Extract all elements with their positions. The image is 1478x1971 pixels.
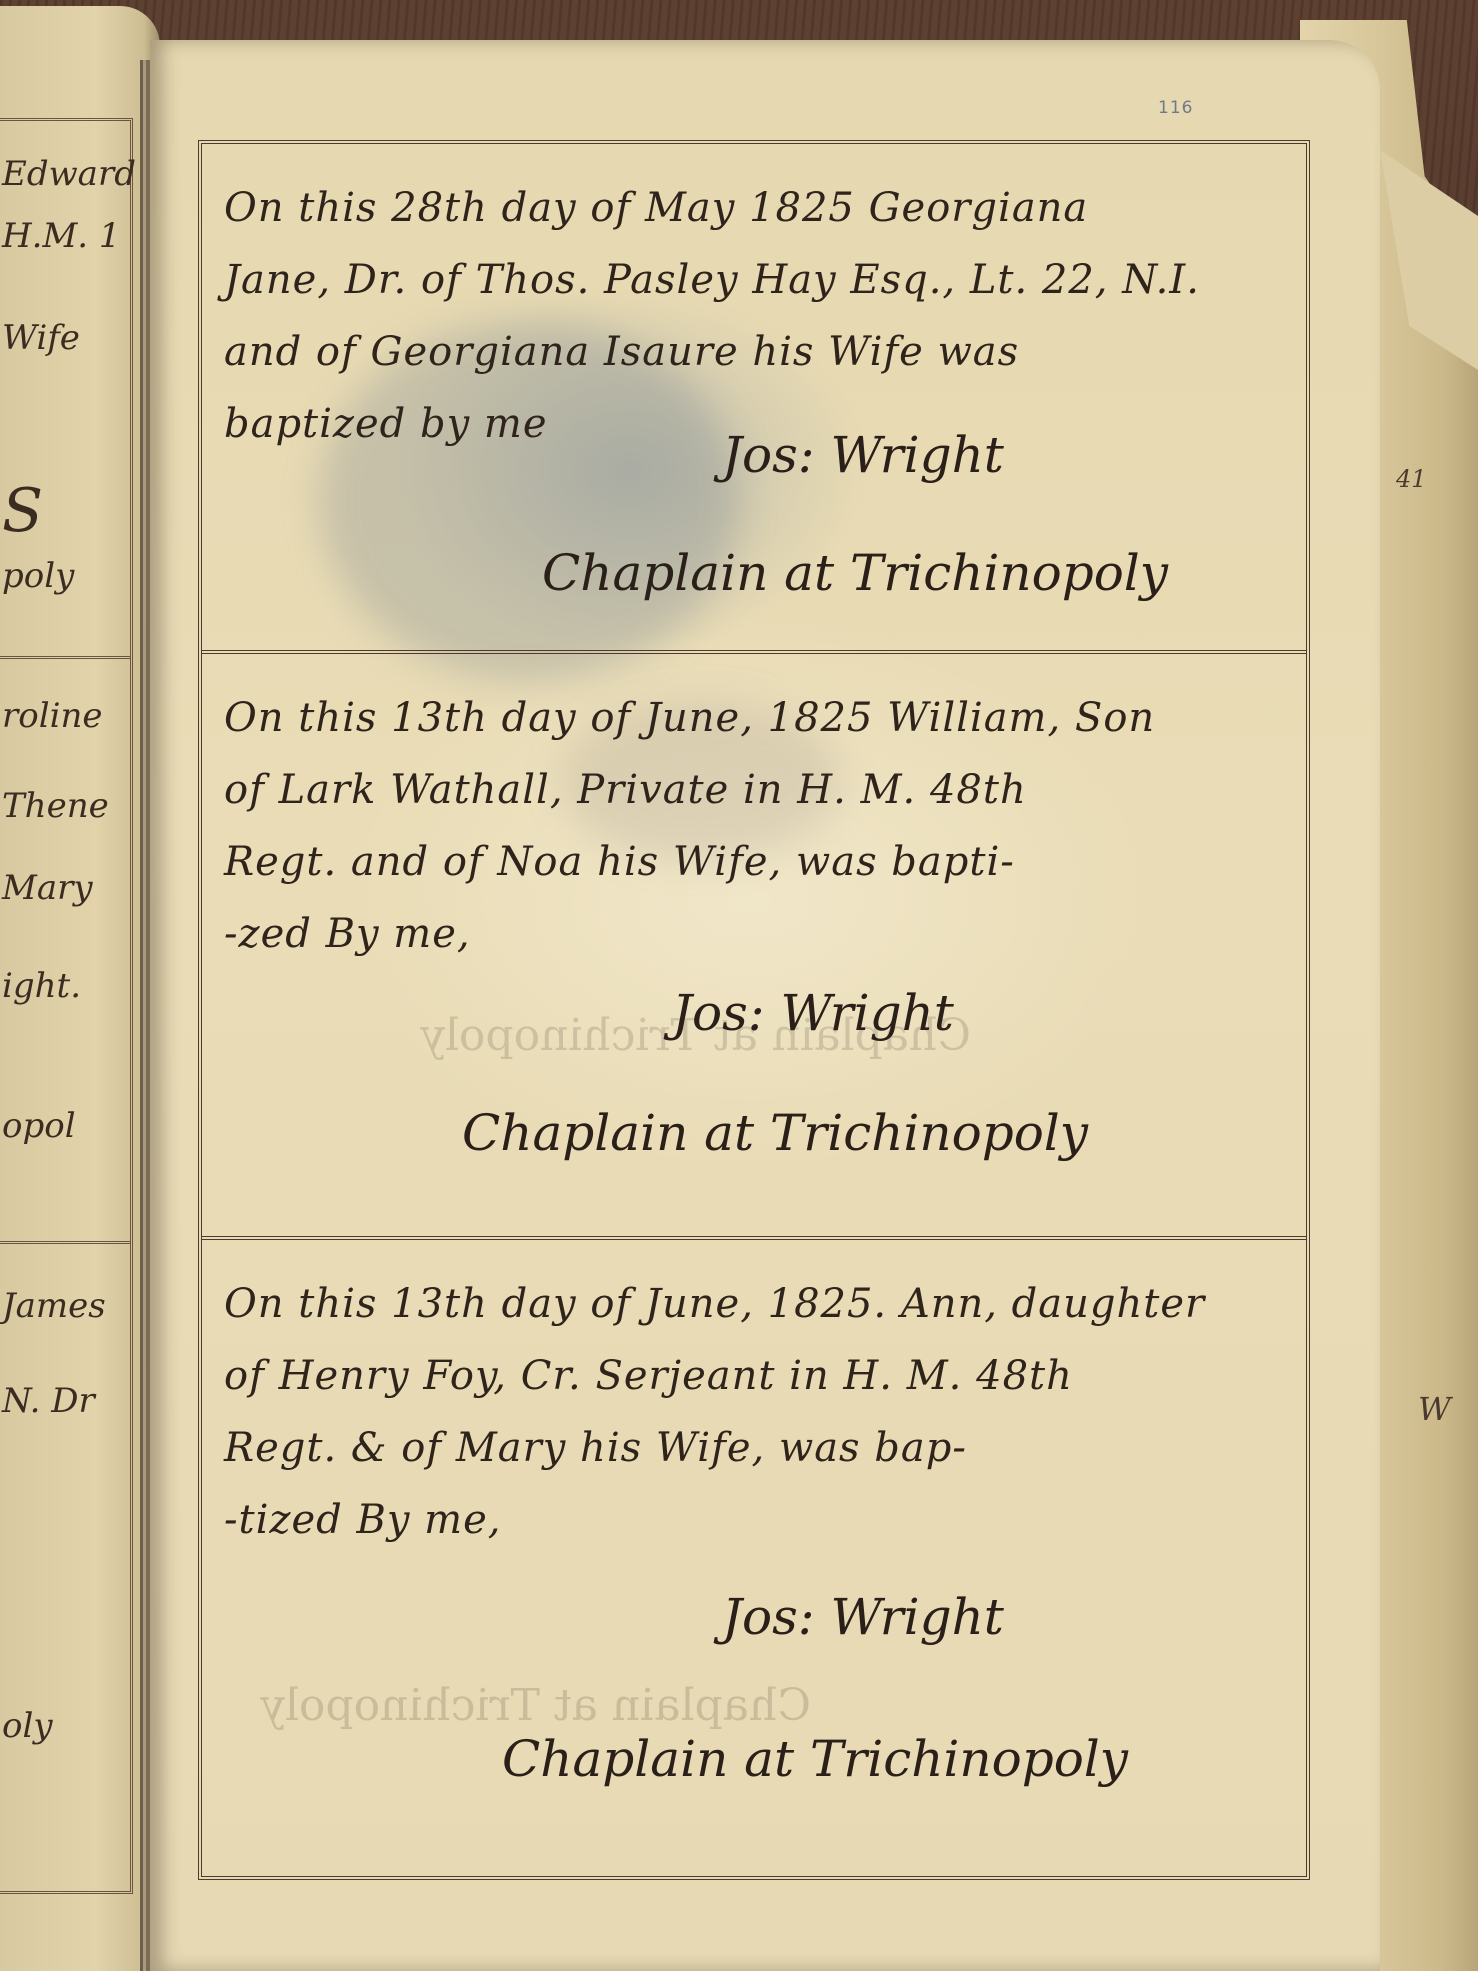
chaplain-title: Chaplain at Trichinopoly [542, 544, 1168, 602]
entry-line: -tized By me, [224, 1484, 1276, 1556]
baptism-entry-1: On this 28th day of May 1825 Georgiana J… [202, 144, 1306, 650]
chaplain-title: Chaplain at Trichinopoly [502, 1730, 1128, 1788]
left-page-fragment: Mary [2, 868, 93, 908]
right-page-fragment: 41 [1396, 465, 1427, 493]
page-number: 116 [1158, 98, 1193, 118]
chaplain-signature: Jos: Wright [722, 1588, 1004, 1646]
left-page-frame [0, 118, 133, 1894]
entry-line: Regt. & of Mary his Wife, was bap- [224, 1412, 1276, 1484]
left-page-fragment: opol [2, 1106, 76, 1146]
entry-line: Regt. and of Noa his Wife, was bapti- [224, 826, 1276, 898]
entry-line: On this 13th day of June, 1825. Ann, dau… [224, 1268, 1276, 1340]
left-page-fragment: S [2, 476, 43, 546]
left-page-fragment: Edward [2, 154, 136, 194]
entry-line: -zed By me, [224, 898, 1276, 970]
register-frame: On this 28th day of May 1825 Georgiana J… [198, 140, 1310, 1880]
entry-line: of Henry Foy, Cr. Serjeant in H. M. 48th [224, 1340, 1276, 1412]
entry-line: of Lark Wathall, Private in H. M. 48th [224, 754, 1276, 826]
chaplain-signature: Jos: Wright [672, 984, 954, 1042]
left-page-rule [0, 1241, 130, 1244]
left-facing-page: Edward H.M. 1 Wife S poly roline Thene M… [0, 6, 160, 1971]
entry-line: and of Georgiana Isaure his Wife was [224, 316, 1276, 388]
entry-line: On this 28th day of May 1825 Georgiana [224, 172, 1276, 244]
entry-line: On this 13th day of June, 1825 William, … [224, 682, 1276, 754]
left-page-fragment: oly [2, 1706, 53, 1746]
left-page-fragment: Thene [2, 786, 109, 826]
chaplain-title: Chaplain at Trichinopoly [462, 1104, 1088, 1162]
left-page-fragment: roline [2, 696, 103, 736]
right-page-fragment: W [1418, 1390, 1451, 1428]
left-page-fragment: ight. [2, 966, 81, 1006]
chaplain-signature: Jos: Wright [722, 426, 1004, 484]
left-page-fragment: poly [2, 556, 74, 596]
left-page-fragment: H.M. 1 [2, 216, 121, 256]
left-page-fragment: James [2, 1286, 106, 1326]
baptism-entry-3: On this 13th day of June, 1825. Ann, dau… [202, 1240, 1306, 1876]
left-page-rule [0, 656, 130, 659]
baptism-entry-2: On this 13th day of June, 1825 William, … [202, 654, 1306, 1234]
entry-line: Jane, Dr. of Thos. Pasley Hay Esq., Lt. … [224, 244, 1276, 316]
left-page-fragment: N. Dr [2, 1381, 95, 1421]
left-page-fragment: Wife [2, 318, 80, 358]
